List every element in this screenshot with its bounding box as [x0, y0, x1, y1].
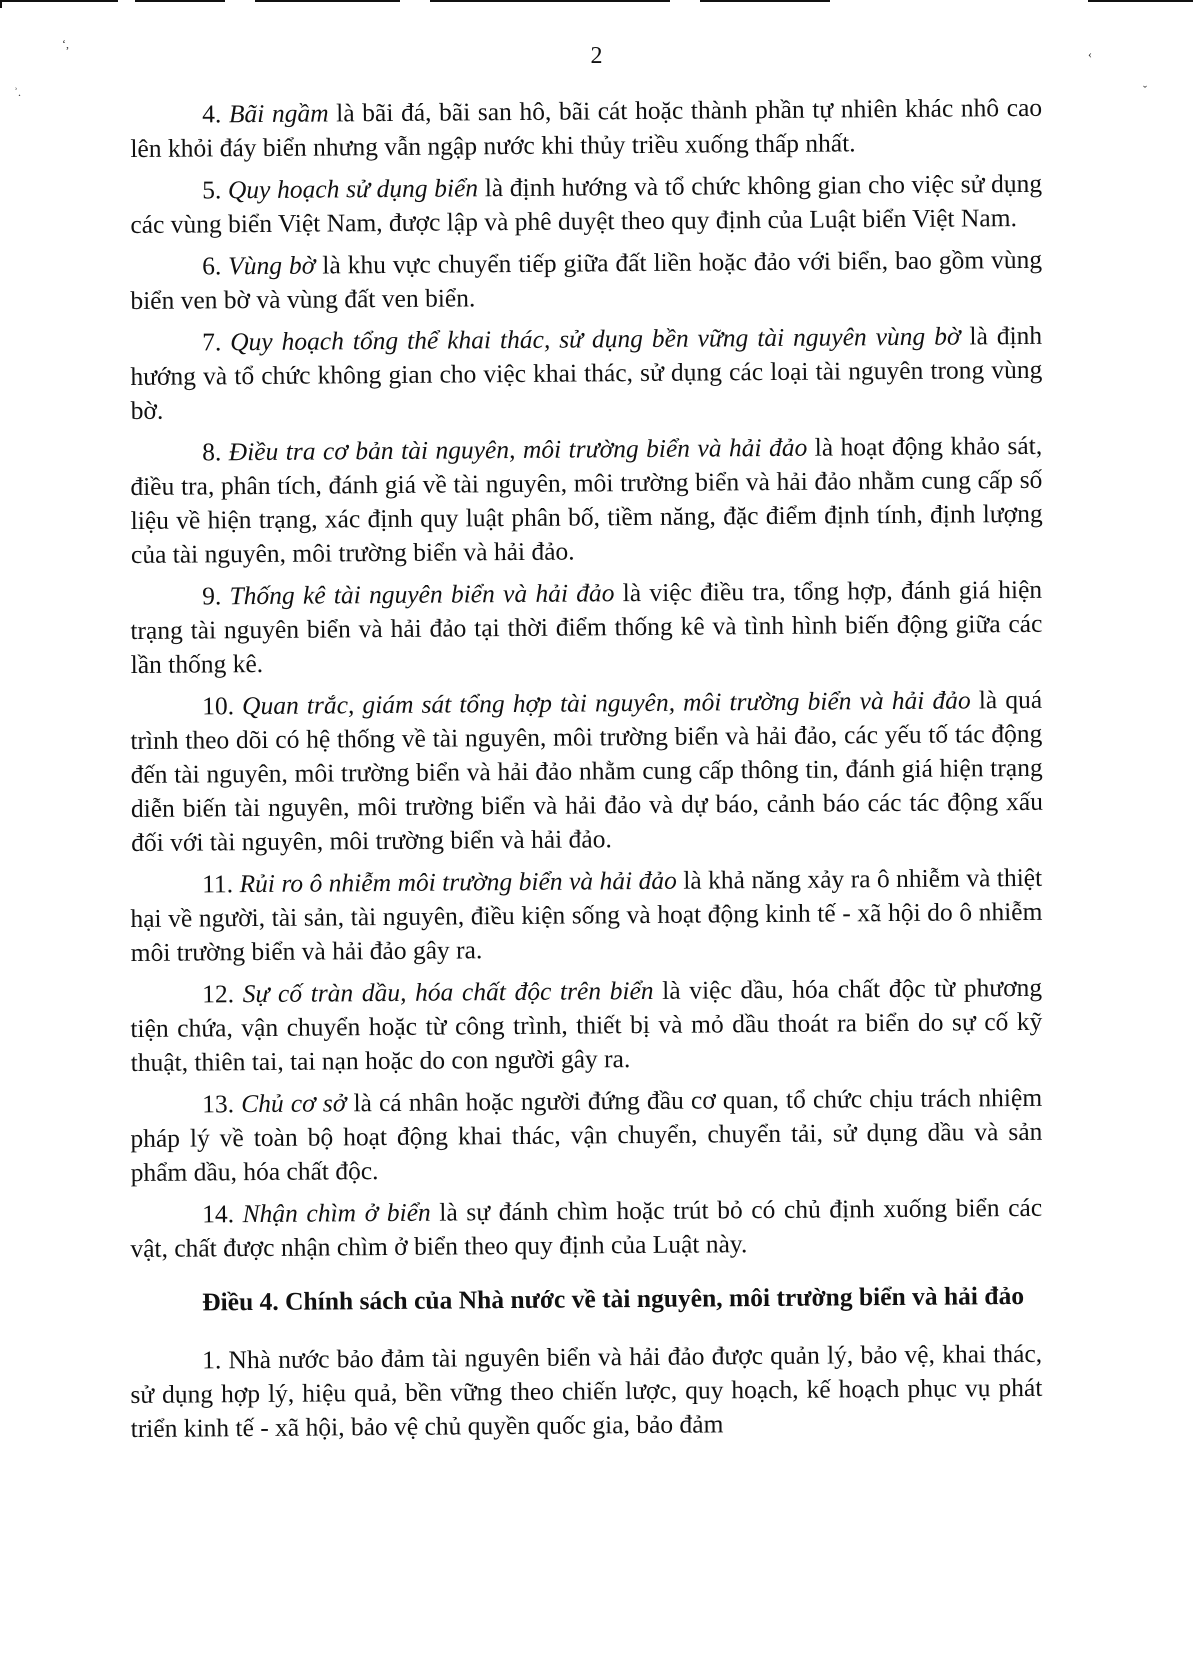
definition-number: 6. [202, 251, 221, 280]
definition-term: Rủi ro ô nhiễm môi trường biển và hải đả… [239, 866, 677, 898]
definition-9: 9. Thống kê tài nguyên biển và hải đảo l… [130, 573, 1043, 682]
definition-term: Nhận chìm ở biển [242, 1198, 430, 1228]
definition-14: 14. Nhận chìm ở biển là sự đánh chìm hoặ… [130, 1191, 1043, 1266]
definition-8: 8. Điều tra cơ bản tài nguyên, môi trườn… [130, 429, 1043, 572]
definition-5: 5. Quy hoạch sử dụng biển là định hướng … [130, 167, 1043, 242]
definition-number: 5. [202, 175, 221, 204]
scan-border-top [0, 0, 1193, 3]
definition-10: 10. Quan trắc, giám sát tổng hợp tài ngu… [130, 683, 1043, 860]
definition-term: Thống kê tài nguyên biển và hải đảo [229, 578, 614, 610]
definition-term: Quy hoạch tổng thể khai thác, sử dụng bề… [230, 321, 961, 356]
definition-number: 4. [202, 99, 221, 128]
document-body: 4. Bãi ngầm là bãi đá, bãi san hô, bãi c… [130, 98, 1042, 1454]
definition-term: Chủ cơ sở [241, 1088, 346, 1118]
definition-number: 7. [202, 327, 221, 356]
definition-term: Quan trắc, giám sát tổng hợp tài nguyên,… [242, 685, 971, 720]
scan-artifact-left: ʾ. [14, 86, 21, 98]
definition-term: Vùng bờ [228, 251, 315, 281]
definition-term: Điều tra cơ bản tài nguyên, môi trường b… [229, 433, 808, 467]
definition-number: 8. [202, 437, 221, 466]
article-4-heading: Điều 4. Chính sách của Nhà nước về tài n… [130, 1269, 1042, 1330]
definition-12: 12. Sự cố tràn dầu, hóa chất độc trên bi… [130, 971, 1043, 1080]
definition-11: 11. Rủi ro ô nhiễm môi trường biển và hả… [130, 861, 1043, 970]
page-number: 2 [0, 42, 1193, 70]
definition-term: Sự cố tràn dầu, hóa chất độc trên biển [243, 976, 654, 1008]
definition-number: 9. [202, 581, 221, 610]
definition-number: 14. [202, 1199, 234, 1228]
definition-6: 6. Vùng bờ là khu vực chuyển tiếp giữa đ… [130, 243, 1043, 318]
definition-13: 13. Chủ cơ sở là cá nhân hoặc người đứng… [130, 1081, 1043, 1190]
definition-number: 10. [202, 691, 234, 720]
definition-number: 12. [202, 979, 234, 1008]
definition-4: 4. Bãi ngầm là bãi đá, bãi san hô, bãi c… [130, 91, 1043, 166]
definition-number: 11. [202, 869, 233, 898]
scan-artifact-right: ˇ [1143, 84, 1147, 96]
definition-term: Bãi ngầm [229, 98, 329, 128]
definition-7: 7. Quy hoạch tổng thể khai thác, sử dụng… [130, 319, 1043, 428]
definition-term: Quy hoạch sử dụng biển [228, 173, 478, 204]
definition-number: 13. [202, 1089, 234, 1118]
article-4-clause-1: 1. Nhà nước bảo đảm tài nguyên biển và h… [130, 1337, 1043, 1446]
scan-border-left [0, 0, 2, 8]
